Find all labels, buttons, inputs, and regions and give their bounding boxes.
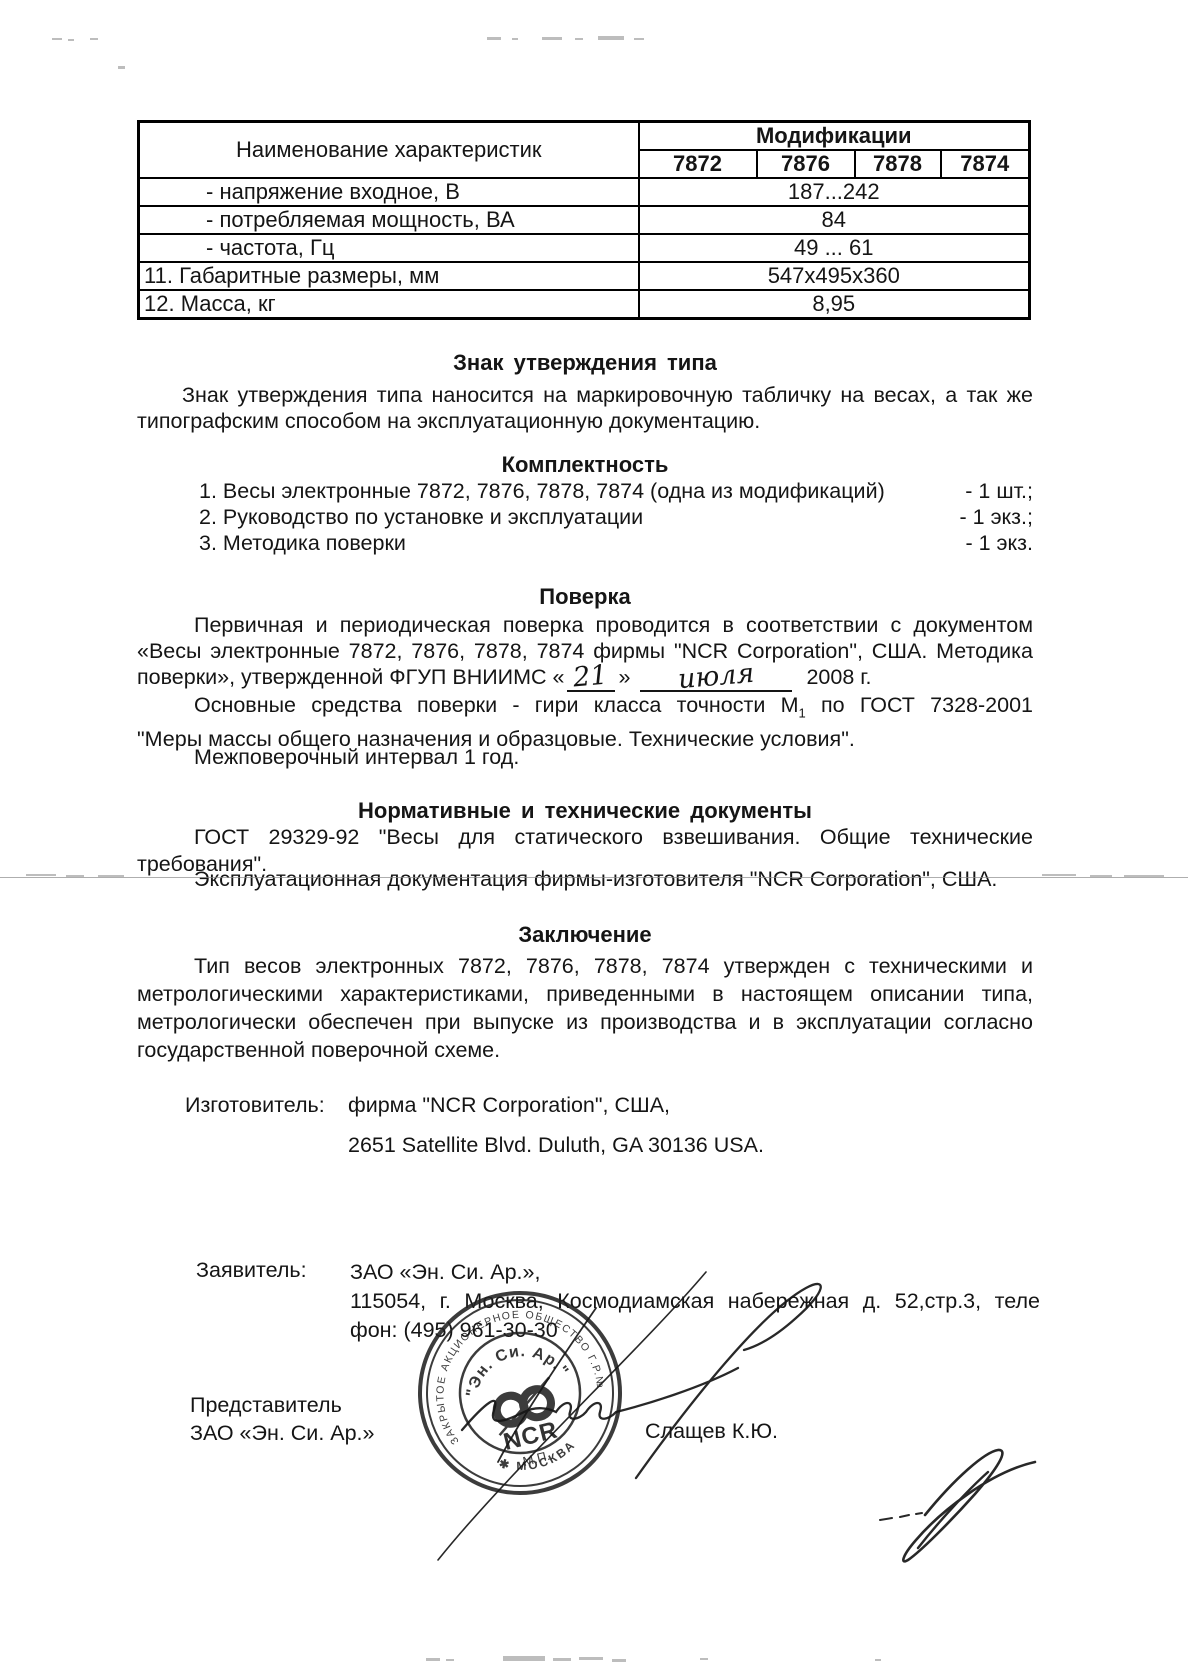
fill-in-month: июля (640, 664, 792, 692)
representative-block: Представитель ЗАО «Эн. Си. Ар.» (190, 1391, 375, 1447)
row-value: 84 (639, 206, 1030, 234)
row-value: 547х495х360 (639, 262, 1030, 290)
col-header-modifications: Модификации (639, 122, 1030, 151)
text-line: «Весы электронные 7872, 7876, 7878, 7874… (137, 638, 1033, 664)
table-row: 12. Масса, кг 8,95 (139, 290, 1030, 319)
text-fragment: 2008 г. (806, 665, 871, 689)
section-title-kit: Комплектность (137, 452, 1033, 478)
scan-artifact (575, 38, 583, 40)
scan-artifact (68, 39, 74, 41)
kit-item: 2. Руководство по установке и эксплуатац… (137, 504, 1033, 530)
scan-artifact (553, 1658, 571, 1661)
scan-artifact (26, 874, 56, 876)
row-label: - потребляемая мощность, ВА (139, 206, 639, 234)
handwritten-month: июля (678, 665, 756, 690)
text-line: Основные средства поверки - гири класса … (137, 692, 1033, 726)
row-label: - напряжение входное, В (139, 178, 639, 206)
text-fragment: по ГОСТ 7328-2001 (806, 693, 1033, 717)
scan-artifact (66, 875, 84, 877)
table-row: - напряжение входное, В 187...242 (139, 178, 1030, 206)
text-line: Знак утверждения типа наносится на марки… (137, 382, 1033, 408)
kit-list: 1. Весы электронные 7872, 7876, 7878, 78… (137, 478, 1033, 556)
scan-artifact (1124, 875, 1164, 877)
row-label: 11. Габаритные размеры, мм (139, 262, 639, 290)
subscript: 1 (799, 705, 806, 720)
representative-line2: ЗАО «Эн. Си. Ар.» (190, 1419, 375, 1447)
stamp-svg: ЗАКРЫТОЕ АКЦИОНЕРНОЕ ОБЩЕСТВО Г.Р.№ ✱ МО… (412, 1285, 628, 1501)
scanned-document-page: Наименование характеристик Модификации 7… (0, 0, 1188, 1664)
page-signature-stroke (918, 1472, 988, 1548)
spec-table-wrap: Наименование характеристик Модификации 7… (137, 120, 1031, 320)
representative-name: Слащев К.Ю. (645, 1419, 778, 1444)
page-signature-stroke (880, 1513, 922, 1520)
text-line: метрологически обеспечен при выпуске из … (137, 1008, 1033, 1036)
text-line: ГОСТ 29329-92 "Весы для статического взв… (137, 824, 1033, 851)
scan-artifact (612, 1659, 626, 1662)
text-fragment: » (619, 665, 631, 689)
verification-paragraph-1: Первичная и периодическая поверка провод… (137, 612, 1033, 692)
kit-item: 1. Весы электронные 7872, 7876, 7878, 78… (137, 478, 1033, 504)
scan-artifact (512, 38, 518, 40)
model-7876: 7876 (757, 150, 855, 178)
normative-paragraph-2: Эксплуатационная документация фирмы-изго… (137, 866, 1033, 892)
table-row: - частота, Гц 49 ... 61 (139, 234, 1030, 262)
text-line: государственной поверочной схеме. (137, 1036, 1033, 1064)
fill-in-day: 21 (567, 664, 615, 692)
row-label: 12. Масса, кг (139, 290, 639, 319)
row-value: 8,95 (639, 290, 1030, 319)
section-title-conclusion: Заключение (137, 922, 1033, 948)
table-row: - потребляемая мощность, ВА 84 (139, 206, 1030, 234)
row-label: - частота, Гц (139, 234, 639, 262)
model-7872: 7872 (639, 150, 757, 178)
scan-artifact (598, 36, 624, 40)
text-line: метрологическими характеристиками, приве… (137, 980, 1033, 1008)
kit-item: 3. Методика поверки - 1 экз. (137, 530, 1033, 556)
text-line: типографским способом на эксплуатационну… (137, 408, 1033, 434)
model-7878: 7878 (855, 150, 941, 178)
text-fragment: Основные средства поверки - гири класса … (194, 693, 799, 717)
manufacturer-line2: 2651 Satellite Blvd. Duluth, GA 30136 US… (348, 1133, 764, 1158)
conclusion-paragraph: Тип весов электронных 7872, 7876, 7878, … (137, 952, 1033, 1064)
row-value: 187...242 (639, 178, 1030, 206)
manufacturer-label: Изготовитель: (185, 1093, 325, 1118)
scan-artifact (542, 37, 562, 40)
scan-artifact (700, 1658, 708, 1660)
scan-artifact (98, 875, 124, 877)
col-header-characteristics: Наименование характеристик (139, 122, 639, 179)
text-line: Первичная и периодическая поверка провод… (137, 612, 1033, 638)
kit-item-name: 1. Весы электронные 7872, 7876, 7878, 78… (137, 478, 885, 504)
scan-artifact (634, 38, 644, 40)
representative-line1: Представитель (190, 1391, 375, 1419)
applicant-name: ЗАО «Эн. Си. Ар.», (350, 1258, 1040, 1287)
type-sign-paragraph: Знак утверждения типа наносится на марки… (137, 382, 1033, 434)
kit-item-qty: - 1 шт.; (965, 478, 1033, 504)
section-title-verification: Поверка (137, 584, 1033, 610)
kit-item-name: 3. Методика поверки (137, 530, 406, 556)
table-row: 11. Габаритные размеры, мм 547х495х360 (139, 262, 1030, 290)
scan-artifact (90, 38, 98, 40)
scan-artifact (503, 1656, 545, 1661)
verification-paragraph-3: Межповерочный интервал 1 год. (137, 744, 1033, 770)
scan-artifact (487, 37, 501, 40)
scan-crease-line (0, 877, 1188, 878)
kit-item-qty: - 1 экз. (965, 530, 1033, 556)
table-header-row: Наименование характеристик Модификации (139, 122, 1030, 151)
manufacturer-line1: фирма "NCR Corporation", США, (348, 1093, 670, 1118)
text-line: Тип весов электронных 7872, 7876, 7878, … (137, 952, 1033, 980)
page-signature-stroke (903, 1450, 1035, 1561)
text-line-with-handwriting: поверки», утвержденной ФГУП ВНИИМС «21»и… (137, 664, 1033, 692)
scan-artifact (52, 38, 62, 40)
company-round-stamp: ЗАКРЫТОЕ АКЦИОНЕРНОЕ ОБЩЕСТВО Г.Р.№ ✱ МО… (412, 1285, 628, 1501)
model-7874: 7874 (941, 150, 1030, 178)
scan-artifact (426, 1658, 440, 1661)
scan-artifact (579, 1657, 603, 1660)
text-fragment: поверки», утвержденной ФГУП ВНИИМС « (137, 665, 565, 689)
section-title-type-sign: Знак утверждения типа (137, 350, 1033, 376)
scan-artifact (118, 66, 125, 69)
scan-artifact (1042, 874, 1076, 876)
kit-item-qty: - 1 экз.; (960, 504, 1034, 530)
applicant-label: Заявитель: (196, 1258, 307, 1283)
handwritten-day: 21 (573, 667, 609, 688)
kit-item-name: 2. Руководство по установке и эксплуатац… (137, 504, 643, 530)
spec-table: Наименование характеристик Модификации 7… (137, 120, 1031, 320)
scan-artifact (446, 1659, 454, 1661)
section-title-normative: Нормативные и технические документы (137, 798, 1033, 824)
row-value: 49 ... 61 (639, 234, 1030, 262)
scan-artifact (875, 1659, 881, 1661)
scan-artifact (1090, 875, 1112, 877)
